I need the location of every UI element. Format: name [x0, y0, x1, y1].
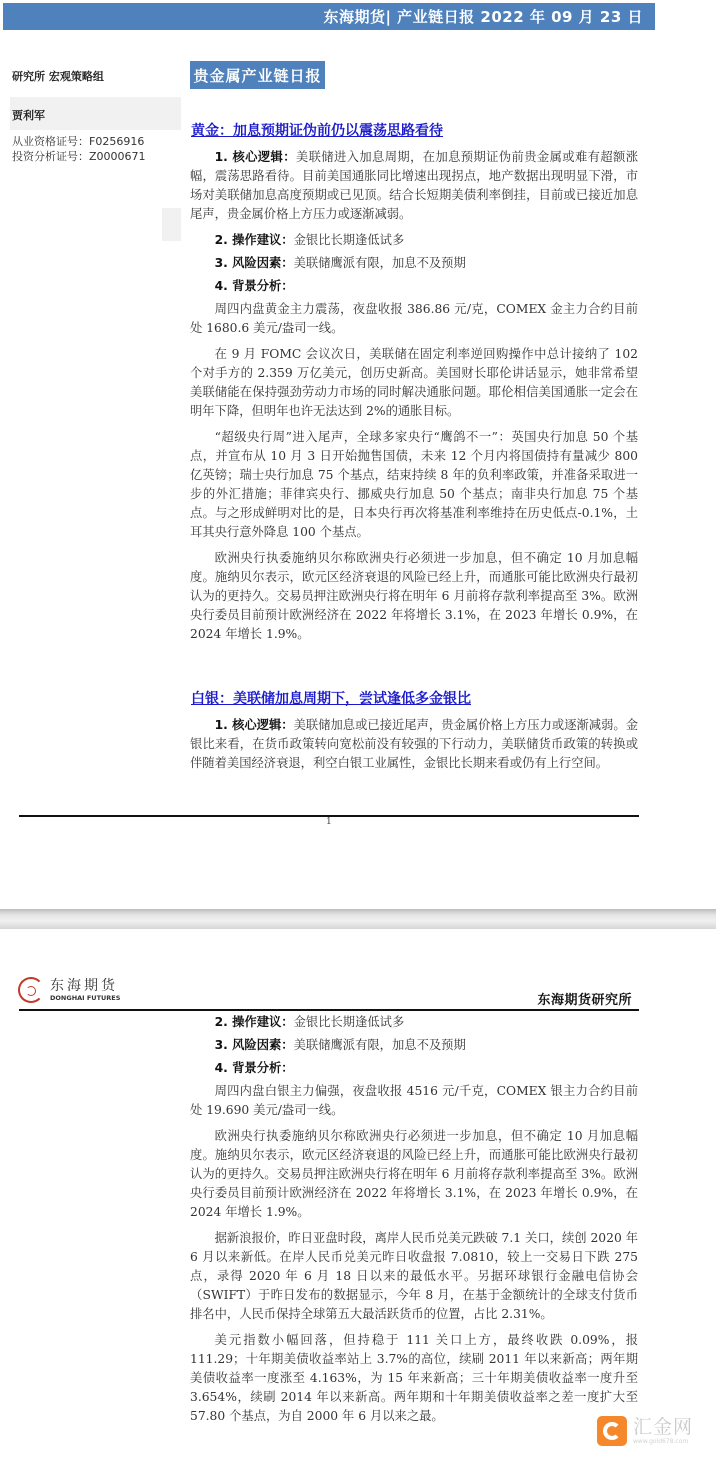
gold-paragraph: 在 9 月 FOMC 会议次日，美联储在固定利率逆回购操作中总计接纳了 102 … [190, 345, 638, 421]
gold-core-logic-label: 1. 核心逻辑： [215, 150, 296, 164]
page-separator [0, 909, 716, 929]
silver-background: 4. 背景分析： [190, 1059, 638, 1078]
gold-advice-label: 2. 操作建议： [215, 233, 294, 247]
silver-advice: 2. 操作建议：金银比长期逢低试多 [190, 1013, 638, 1032]
gold-risk-text: 美联储鹰派有限，加息不及预期 [294, 256, 466, 270]
header-banner: 东海期货| 产业链日报 2022 年 09 月 23 日 [3, 3, 655, 30]
header-banner-text: 东海期货| 产业链日报 2022 年 09 月 23 日 [323, 6, 643, 27]
investment-cert: 投资分析证号：Z0000671 [12, 148, 146, 164]
silver-section-body-p2: 2. 操作建议：金银比长期逢低试多 3. 风险因素：美联储鹰派有限，加息不及预期… [190, 1013, 638, 1433]
logo-chinese: 东海期货 [50, 979, 120, 993]
watermark-name: 汇金网 [633, 1418, 693, 1437]
company-logo: 东海期货 DONGHAI FUTURES [18, 977, 120, 1003]
analyst-name: 贾利军 [12, 107, 45, 123]
silver-section-body-p1: 1. 核心逻辑：美联储加息或已接近尾声，贵金属价格上方压力或逐渐减弱。金银比来看… [190, 716, 638, 780]
gold-section-body: 1. 核心逻辑：美联储进入加息周期，在加息预期证伪前贵金属或难有超额涨幅，震荡思… [190, 148, 638, 651]
huijin-logo-icon [597, 1416, 627, 1446]
header-rule [19, 1009, 639, 1011]
gold-paragraph: “超级央行周”进入尾声，全球多家央行“鹰鸽不一”：英国央行加息 50 个基点，并… [190, 428, 638, 542]
gold-risk-label: 3. 风险因素： [215, 256, 294, 270]
gold-risk: 3. 风险因素：美联储鹰派有限，加息不及预期 [190, 254, 638, 273]
gold-advice-text: 金银比长期逢低试多 [294, 233, 405, 247]
page-number: 1 [326, 817, 332, 827]
silver-risk-text: 美联储鹰派有限，加息不及预期 [294, 1038, 466, 1052]
silver-paragraph: 据新浪报价，昨日亚盘时段，离岸人民币兑美元跌破 7.1 关口，续创 2020 年… [190, 1229, 638, 1324]
silver-risk: 3. 风险因素：美联储鹰派有限，加息不及预期 [190, 1036, 638, 1055]
silver-paragraph: 欧洲央行执委施纳贝尔称欧洲央行必须进一步加息，但不确定 10 月加息幅度。施纳贝… [190, 1127, 638, 1222]
document-page-1: 东海期货| 产业链日报 2022 年 09 月 23 日 研究所 宏观策略组 贾… [0, 0, 716, 895]
watermark: 汇金网 www.gold678.com [597, 1416, 693, 1446]
gold-background: 4. 背景分析： [190, 277, 638, 296]
report-title-text: 贵金属产业链日报 [193, 65, 321, 86]
gold-background-label: 4. 背景分析： [215, 279, 294, 293]
silver-advice-label: 2. 操作建议： [215, 1015, 294, 1029]
institute-name: 东海期货研究所 [537, 989, 632, 1008]
sidebar-decoration [162, 208, 181, 241]
gold-paragraph: 周四内盘黄金主力震荡，夜盘收报 386.86 元/克，COMEX 金主力合约目前… [190, 300, 638, 338]
silver-advice-text: 金银比长期逢低试多 [294, 1015, 405, 1029]
silver-paragraph: 美元指数小幅回落，但持稳于 111 关口上方，最终收跌 0.09%，报 111.… [190, 1331, 638, 1426]
gold-section-title[interactable]: 黄金：加息预期证伪前仍以震荡思路看待 [191, 120, 443, 140]
silver-background-label: 4. 背景分析： [215, 1061, 294, 1075]
silver-paragraph: 周四内盘白银主力偏强，夜盘收报 4516 元/千克，COMEX 银主力合约目前处… [190, 1082, 638, 1120]
gold-advice: 2. 操作建议：金银比长期逢低试多 [190, 231, 638, 250]
silver-risk-label: 3. 风险因素： [215, 1038, 294, 1052]
silver-section-title[interactable]: 白银：美联储加息周期下，尝试逢低多金银比 [191, 688, 471, 708]
gold-core-logic: 1. 核心逻辑：美联储进入加息周期，在加息预期证伪前贵金属或难有超额涨幅，震荡思… [190, 148, 638, 224]
silver-core-logic-label: 1. 核心逻辑： [215, 718, 294, 732]
department-label: 研究所 宏观策略组 [12, 68, 104, 84]
watermark-url: www.gold678.com [633, 1439, 693, 1445]
gold-paragraph: 欧洲央行执委施纳贝尔称欧洲央行必须进一步加息，但不确定 10 月加息幅度。施纳贝… [190, 549, 638, 644]
logo-english: DONGHAI FUTURES [50, 995, 120, 1002]
dragon-logo-icon [18, 977, 44, 1003]
silver-core-logic: 1. 核心逻辑：美联储加息或已接近尾声，贵金属价格上方压力或逐渐减弱。金银比来看… [190, 716, 638, 773]
report-title: 贵金属产业链日报 [190, 61, 325, 89]
qualification-cert: 从业资格证号：F0256916 [12, 133, 144, 149]
